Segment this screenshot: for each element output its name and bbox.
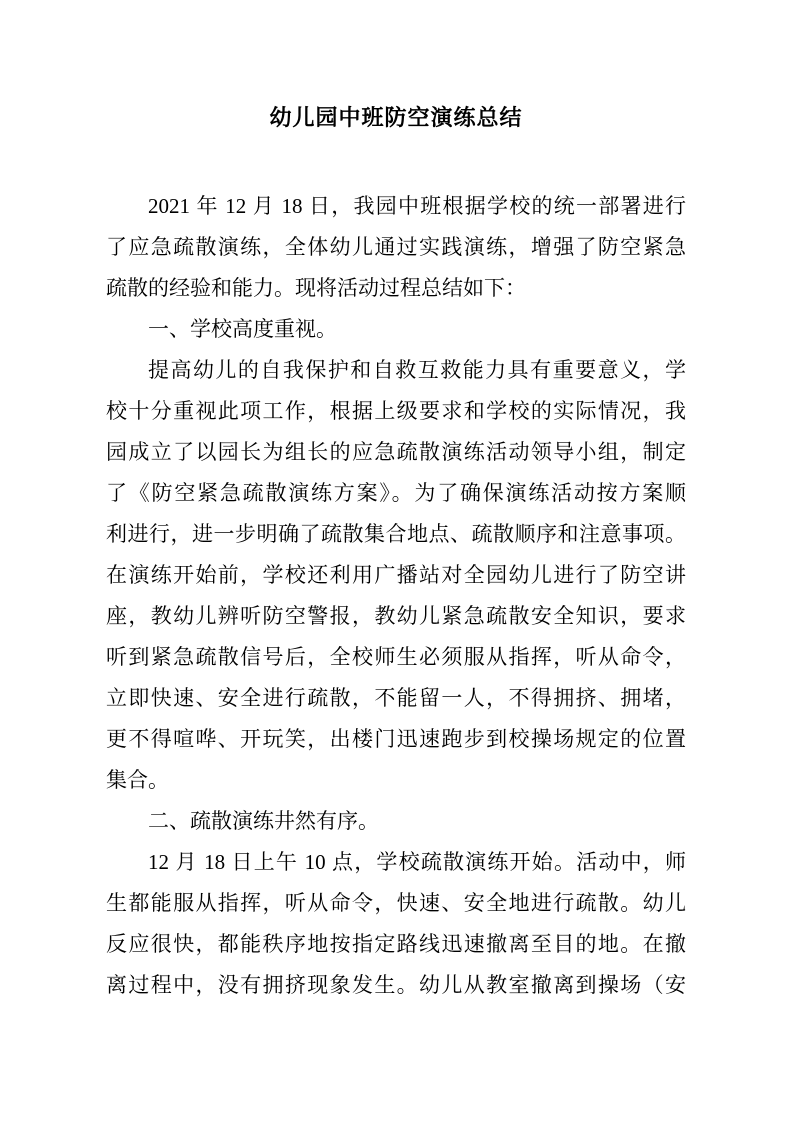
text-line: 园成立了以园长为组长的应急疏散演练活动领导小组，制定 [106,432,686,473]
text-line: 更不得喧哗、开玩笑，出楼门迅速跑步到校操场规定的位置 [106,719,686,760]
document-page: 幼儿园中班防空演练总结 2021 年 12 月 18 日，我园中班根据学校的统一… [0,0,793,1122]
text-line: 座，教幼儿辨听防空警报，教幼儿紧急疏散安全知识，要求 [106,596,686,637]
text-line: 离过程中，没有拥挤现象发生。幼儿从教室撤离到操场（安 [106,965,686,1006]
text-line: 二、疏散演练井然有序。 [106,801,686,842]
text-line: 提高幼儿的自我保护和自救互救能力具有重要意义，学 [106,350,686,391]
text-line: 集合。 [106,760,686,801]
page-title: 幼儿园中班防空演练总结 [106,100,686,136]
text-line: 一、学校高度重视。 [106,309,686,350]
text-line: 了《防空紧急疏散演练方案》。为了确保演练活动按方案顺 [106,473,686,514]
text-line: 了应急疏散演练，全体幼儿通过实践演练，增强了防空紧急 [106,227,686,268]
text-line: 在演练开始前，学校还利用广播站对全园幼儿进行了防空讲 [106,555,686,596]
text-line: 听到紧急疏散信号后，全校师生必须服从指挥，听从命令， [106,637,686,678]
text-line: 校十分重视此项工作，根据上级要求和学校的实际情况，我 [106,391,686,432]
text-line: 立即快速、安全进行疏散，不能留一人，不得拥挤、拥堵， [106,678,686,719]
document-body: 2021 年 12 月 18 日，我园中班根据学校的统一部署进行了应急疏散演练，… [106,186,686,1006]
text-line: 生都能服从指挥，听从命令，快速、安全地进行疏散。幼儿 [106,883,686,924]
text-line: 12 月 18 日上午 10 点，学校疏散演练开始。活动中，师 [106,842,686,883]
text-line: 利进行，进一步明确了疏散集合地点、疏散顺序和注意事项。 [106,514,686,555]
text-line: 疏散的经验和能力。现将活动过程总结如下： [106,268,686,309]
text-line: 2021 年 12 月 18 日，我园中班根据学校的统一部署进行 [106,186,686,227]
text-line: 反应很快，都能秩序地按指定路线迅速撤离至目的地。在撤 [106,924,686,965]
